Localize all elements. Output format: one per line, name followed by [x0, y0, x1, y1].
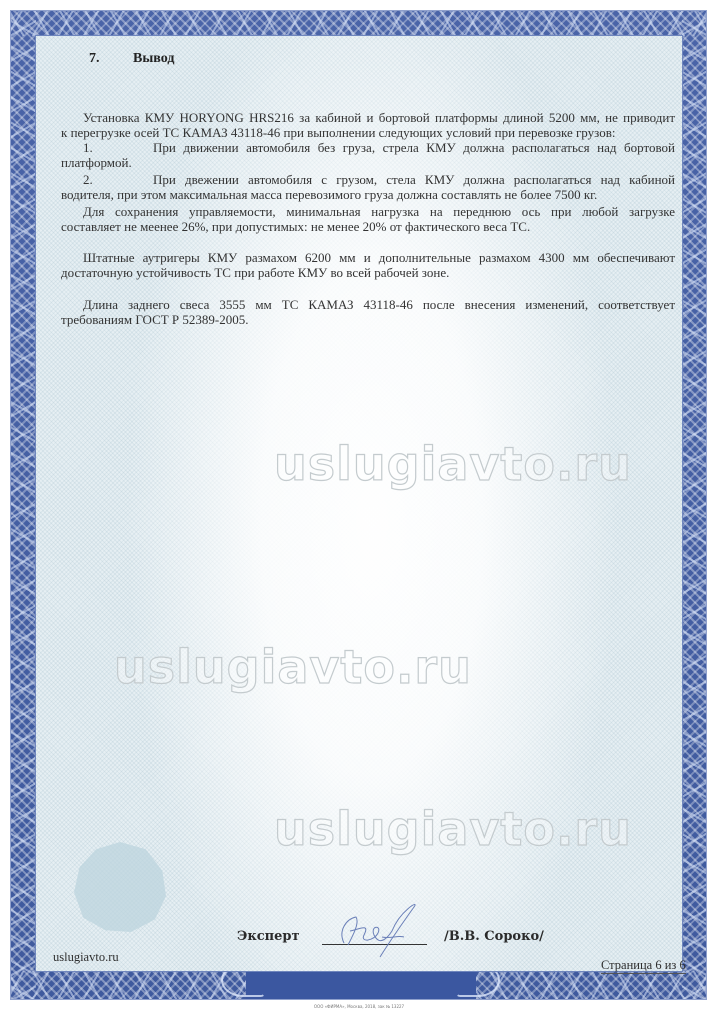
text-line: 2. При двежении автомобиля с грузом, сте… [61, 172, 675, 187]
text-line: достаточную устойчивость ТС при работе К… [61, 265, 675, 280]
text-line: требованиям ГОСТ Р 52389-2005. [61, 312, 675, 327]
paragraph-overhang: Длина заднего свеса 3555 мм ТС КАМАЗ 431… [61, 297, 675, 327]
border-ornament-top [11, 11, 706, 36]
watermark: uslugiavto.ru [274, 437, 632, 491]
watermark: uslugiavto.ru [274, 802, 632, 856]
page-number: Страница 6 из 6 [601, 958, 686, 974]
text-line: платформой. [61, 155, 675, 170]
watermark: uslugiavto.ru [114, 640, 472, 694]
list-item-2: 2. При двежении автомобиля с грузом, сте… [61, 172, 675, 202]
text-line: 1. При движении автомобиля без груза, ст… [61, 140, 675, 155]
text-line: к перегрузке осей ТС КАМАЗ 43118-46 при … [61, 125, 675, 140]
list-text: При двежении автомобиля с грузом, стела … [153, 172, 675, 187]
list-number: 2. [83, 172, 153, 187]
text-line: Длина заднего свеса 3555 мм ТС КАМАЗ 431… [61, 297, 675, 312]
list-text: При движении автомобиля без груза, стрел… [153, 140, 675, 155]
border-bottom-band [246, 971, 476, 999]
section-heading: 7.Вывод [89, 51, 174, 66]
section-title: Вывод [133, 51, 174, 66]
list-number: 1. [83, 140, 153, 155]
list-item-1: 1. При движении автомобиля без груза, ст… [61, 140, 675, 170]
paragraph-outriggers: Штатные аутригеры КМУ размахом 6200 мм и… [61, 250, 675, 280]
border-ornament-right [682, 11, 706, 999]
text-line: составляет не меенее 26%, при допустимых… [61, 219, 675, 234]
text-line: Для сохранения управляемости, минимальна… [61, 204, 675, 219]
text-line: Установка КМУ HORYONG HRS216 за кабиной … [61, 110, 675, 125]
text-line: водителя, при этом максимальная масса пе… [61, 187, 675, 202]
text-line: Штатные аутригеры КМУ размахом 6200 мм и… [61, 250, 675, 265]
border-ornament-left [11, 11, 36, 999]
signature-icon [330, 901, 440, 961]
paragraph-intro: Установка КМУ HORYONG HRS216 за кабиной … [61, 110, 675, 140]
section-number: 7. [89, 51, 133, 66]
expert-label: Эксперт [237, 929, 300, 944]
paragraph-controllability: Для сохранения управляемости, минимальна… [61, 204, 675, 234]
expert-name: /В.В. Сороко/ [444, 929, 544, 944]
footer-site: uslugiavto.ru [53, 950, 119, 965]
printer-imprint: ООО «ФИРМА», Москва, 2018, зак № 13227 [0, 1004, 718, 1009]
signature-block: Эксперт /В.В. Сороко/ [0, 927, 718, 951]
